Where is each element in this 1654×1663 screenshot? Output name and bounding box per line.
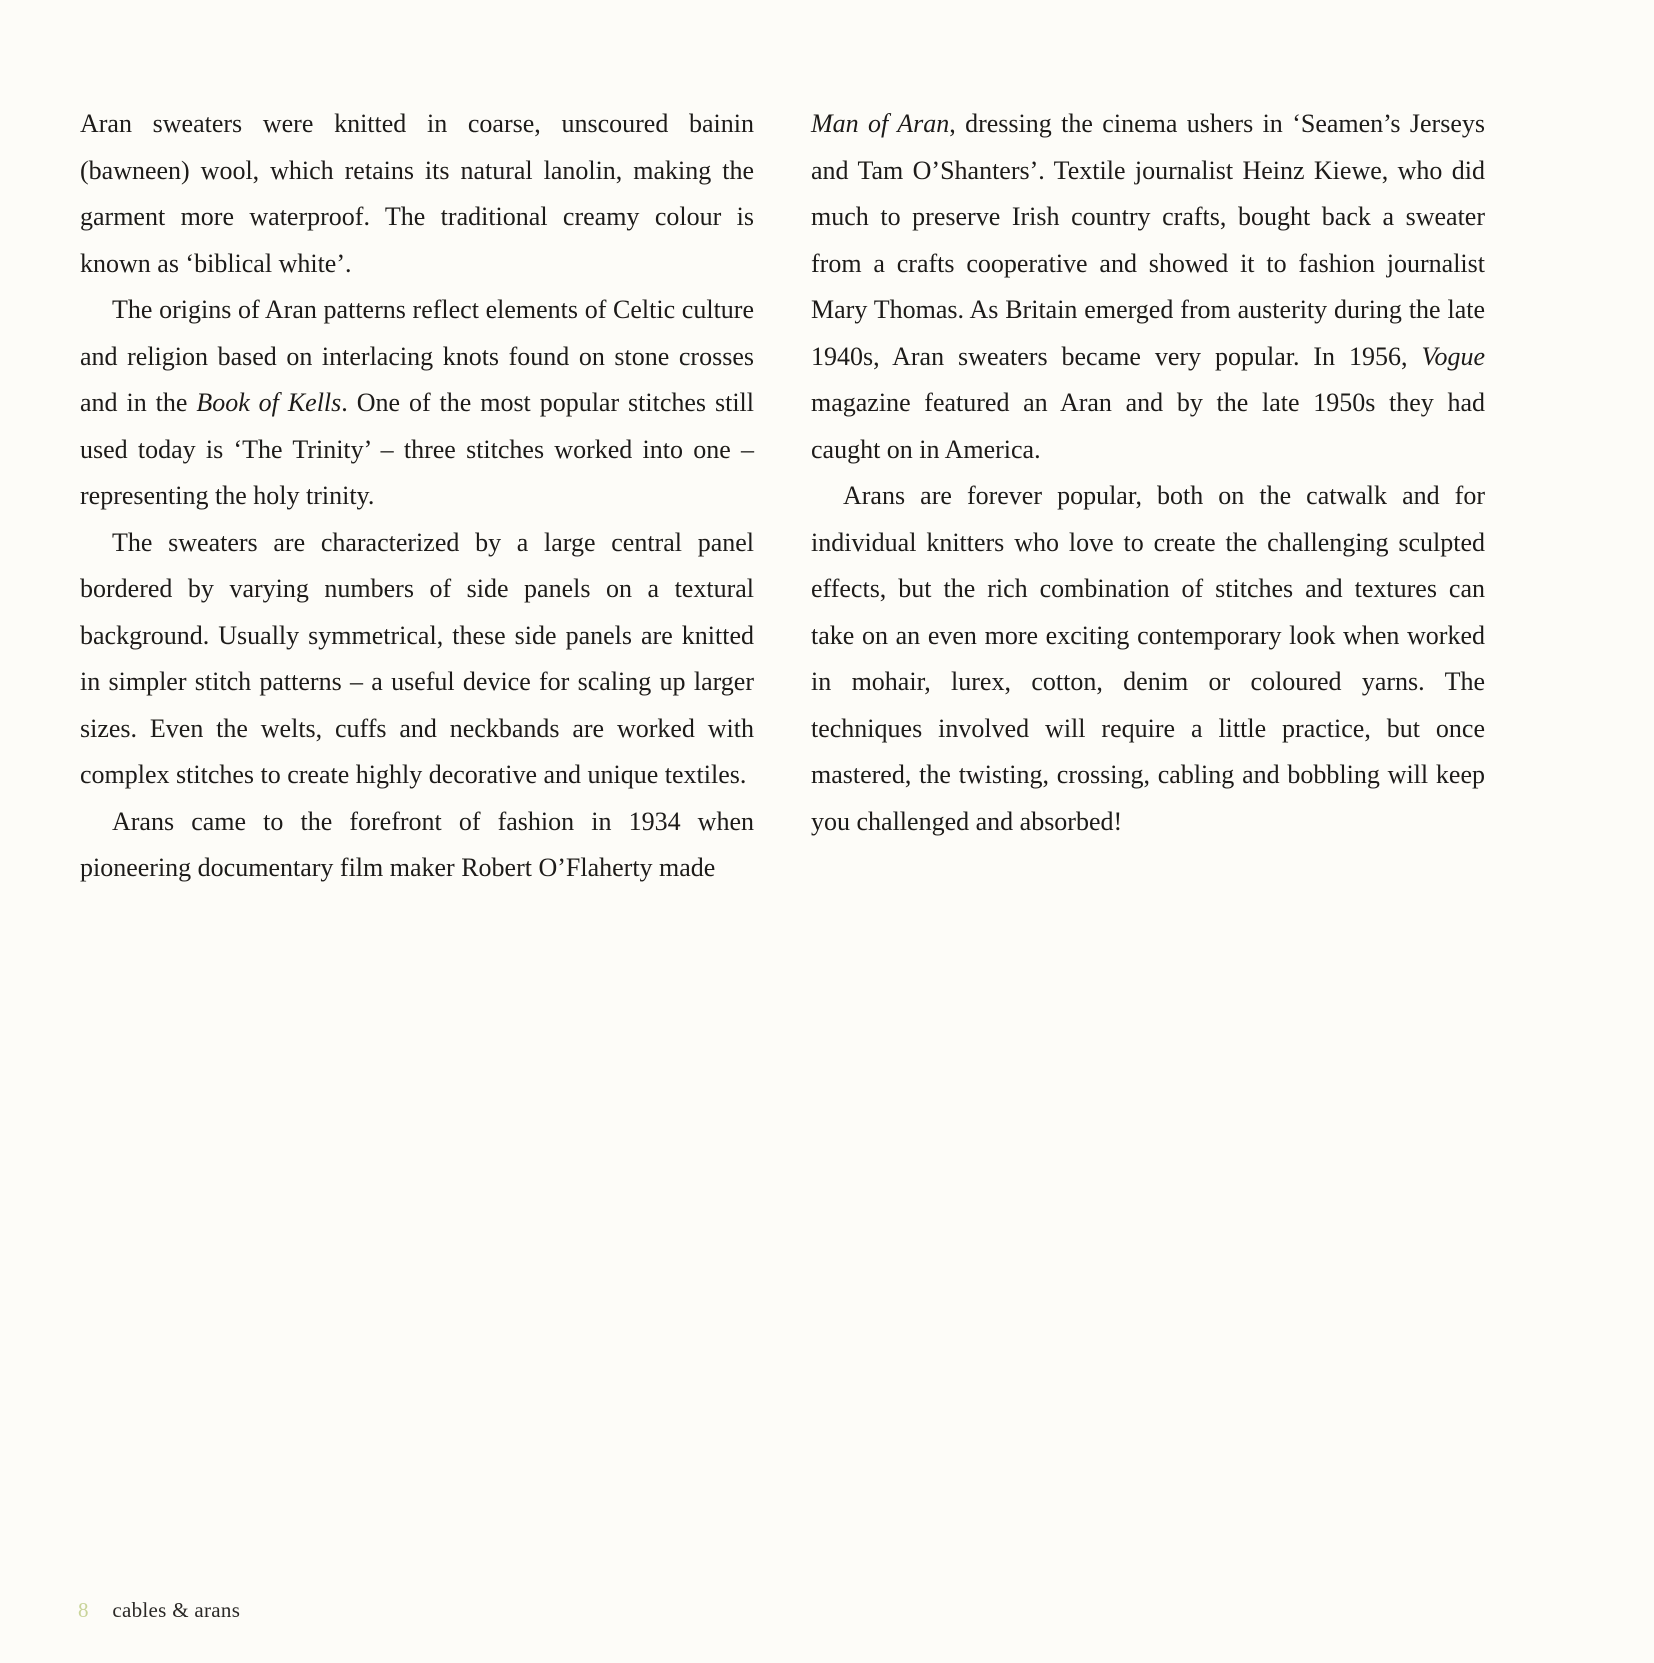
page-footer: 8 cables & arans <box>78 1598 240 1623</box>
text-run: magazine featured an Aran and by the lat… <box>811 388 1485 464</box>
page-number: 8 <box>78 1598 89 1622</box>
text-run: , dressing the cinema ushers in ‘Seamen’… <box>811 109 1485 371</box>
body-paragraph: Aran sweaters were knitted in coarse, un… <box>80 101 754 287</box>
text-run: Aran sweaters were knitted in coarse, un… <box>80 109 754 278</box>
left-column: Aran sweaters were knitted in coarse, un… <box>80 101 754 892</box>
body-paragraph: Arans are forever popular, both on the c… <box>811 473 1485 845</box>
italic-title: Man of Aran <box>811 109 949 138</box>
right-column: Man of Aran, dressing the cinema ushers … <box>811 101 1485 845</box>
italic-title: Vogue <box>1421 342 1485 371</box>
text-run: Arans are forever popular, both on the c… <box>811 481 1485 836</box>
running-title: cables & arans <box>112 1598 240 1622</box>
italic-title: Book of Kells <box>196 388 341 417</box>
text-run: Arans came to the forefront of fashion i… <box>80 807 754 883</box>
body-paragraph: Arans came to the forefront of fashion i… <box>80 799 754 892</box>
body-paragraph: The sweaters are characterized by a larg… <box>80 520 754 799</box>
text-run: The sweaters are characterized by a larg… <box>80 528 754 790</box>
body-paragraph: The origins of Aran patterns reflect ele… <box>80 287 754 520</box>
body-paragraph: Man of Aran, dressing the cinema ushers … <box>811 101 1485 473</box>
